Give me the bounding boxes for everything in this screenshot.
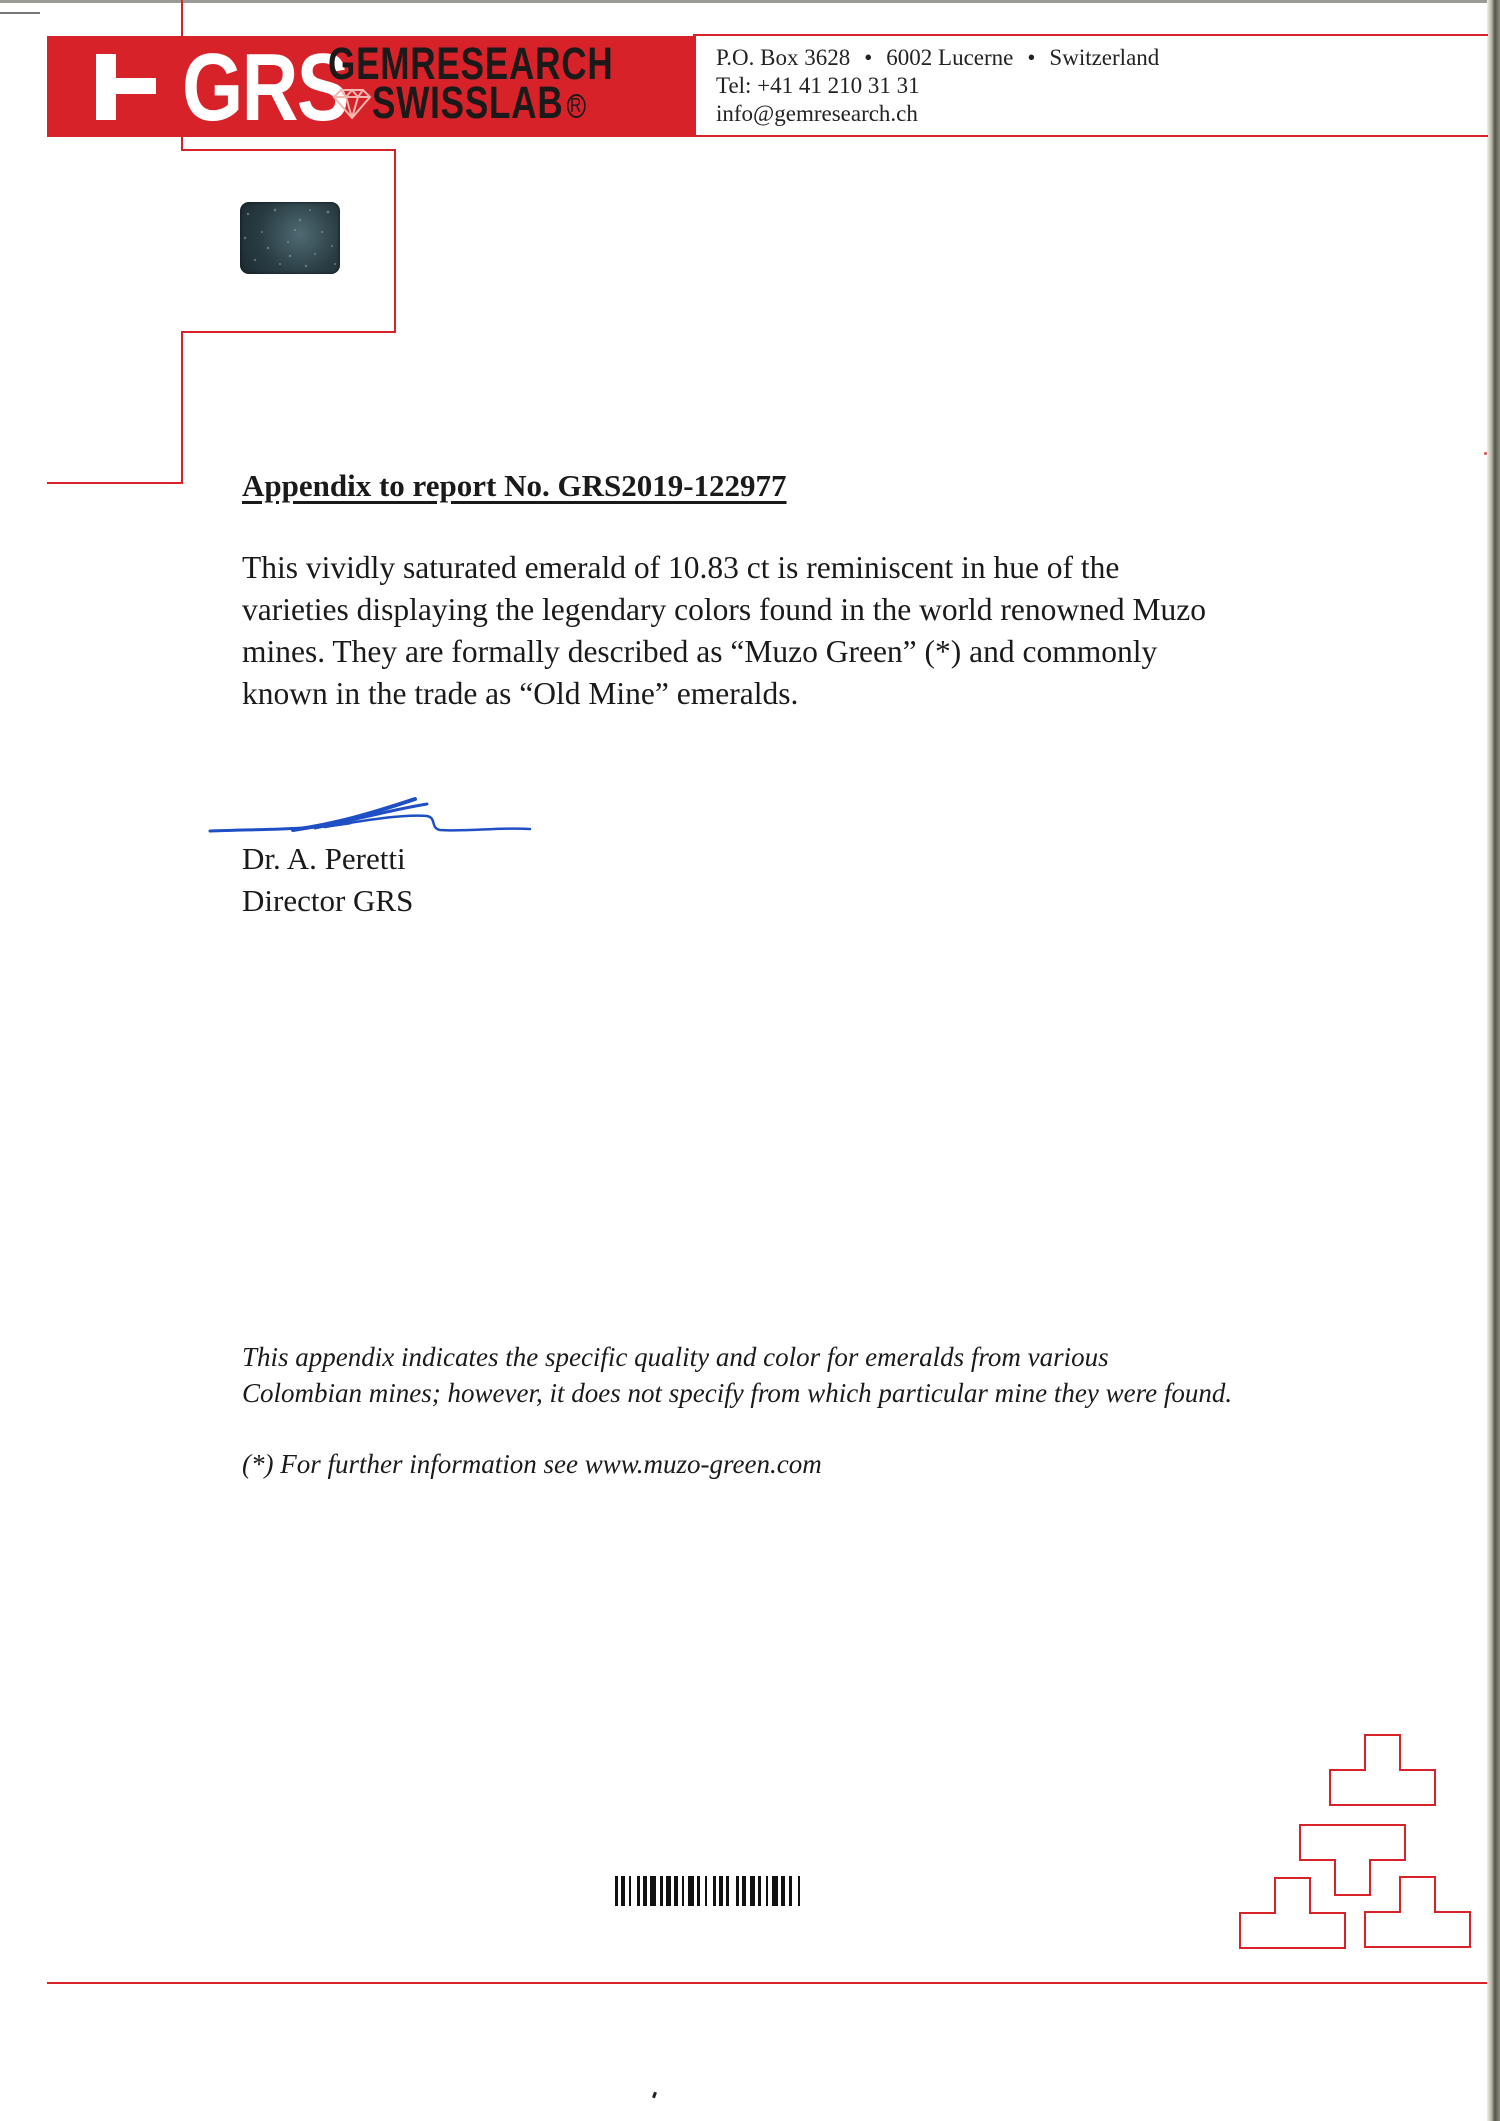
appendix-paragraph: This vividly saturated emerald of 10.83 … [242,547,1382,715]
scan-edge-top [0,0,1500,3]
contact-box-left-edge [693,36,696,137]
email-link[interactable]: info@gemresearch.ch [716,100,1159,128]
frame-line-left-vertical [181,331,183,484]
contact-block: P.O. Box 3628•6002 Lucerne•Switzerland T… [716,44,1159,128]
gemstone-photo [240,202,340,274]
tetromino-decoration-icon [1230,1725,1480,1955]
header-rule-top [693,34,1488,36]
frame-line-top-vertical [181,0,183,36]
disclaimer-line: Colombian mines; however, it does not sp… [242,1376,1232,1411]
logo-swisslab: SWISSLABR [372,83,585,123]
diamond-gem-icon [332,88,372,120]
signatory-role: Director GRS [242,880,413,922]
paragraph-line: mines. They are formally described as “M… [242,631,1382,673]
signatory-block: Dr. A. Peretti Director GRS [242,838,413,922]
gemstone-photo-texture [240,202,340,274]
signatory-name: Dr. A. Peretti [242,838,413,880]
disclaimer-line: This appendix indicates the specific qua… [242,1340,1109,1375]
scan-edge-right [1487,0,1500,2121]
paragraph-line: known in the trade as “Old Mine” emerald… [242,673,1382,715]
scan-mark [0,12,40,14]
address-line: P.O. Box 3628•6002 Lucerne•Switzerland [716,44,1159,72]
frame-line-left-horizontal [47,482,183,484]
header-rule-bottom [693,135,1488,137]
paragraph-line: varieties displaying the legendary color… [242,589,1382,631]
frame-line-photo-bottom [181,331,396,333]
scan-speck [1484,452,1487,455]
logo-grs: GRS [182,38,348,138]
scan-speck [652,2092,657,2099]
registered-mark: R [567,94,586,118]
frame-line-photo-right [394,149,396,333]
phone-line: Tel: +41 41 210 31 31 [716,72,1159,100]
reference-footnote[interactable]: (*) For further information see www.muzo… [242,1447,822,1482]
barcode-icon [615,1876,920,1906]
frame-line-photo-top [181,149,396,151]
appendix-title: Appendix to report No. GRS2019-122977 [242,468,787,504]
footer-rule [47,1982,1487,1984]
paragraph-line: This vividly saturated emerald of 10.83 … [242,547,1382,589]
swiss-cross-logo-icon [96,54,156,120]
